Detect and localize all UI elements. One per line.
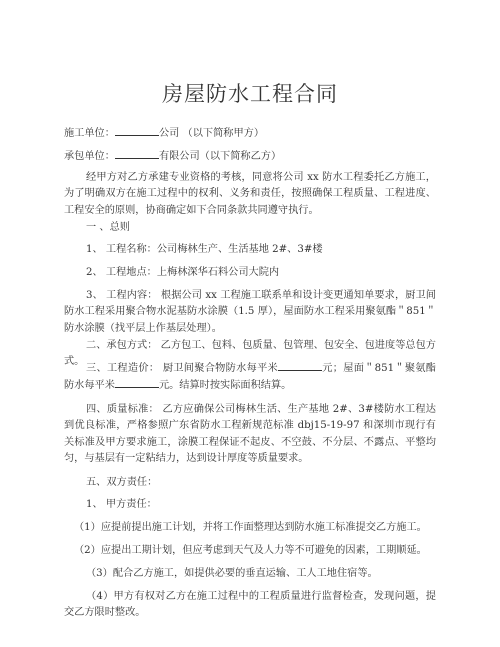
party-a-line: 施工单位：公司 （以下简称甲方）: [64, 125, 436, 142]
party-b-suffix: 有限公司（以下简称乙方）: [159, 151, 281, 162]
general-item-3: 3、 工程内容： 根据公司 xx 工程施工联系单和设计变更通知单要求，厨卫间防水…: [64, 288, 436, 337]
party-a-label: 施工单位：: [64, 128, 115, 139]
section-cost: 三、工程造价： 厨卫间聚合物防水每平米元；屋面＂851＂聚氨酯防水每平米元。结算…: [64, 360, 436, 395]
cost-part-3: 元。结算时按实际面积结算。: [159, 380, 291, 391]
party-b-blank: [115, 148, 159, 159]
cost-blank-1: [278, 360, 322, 371]
cost-blank-2: [115, 377, 159, 388]
party-a-suffix: 公司 （以下简称甲方）: [159, 128, 264, 139]
section-responsibilities-heading: 五、双方责任：: [64, 475, 436, 491]
intro-paragraph: 经甲方对乙方承建专业资格的考核，同意将公司 xx 防水工程委托乙方施工，为了明确…: [64, 170, 436, 219]
responsibility-item-4: （4）甲方有权对乙方在施工过程中的工程质量进行监督检查，发现问题，提交乙方限时整…: [64, 589, 436, 622]
section-quality: 四、质量标准： 乙方应确保公司梅林生活、生产基地 2#、3#楼防水工程达到优良标…: [64, 402, 436, 467]
document-page: 房屋防水工程合同 施工单位：公司 （以下简称甲方） 承包单位：有限公司（以下简称…: [0, 0, 500, 647]
general-item-1: 1、 工程名称：公司梅林生产、生活基地 2#、3#楼: [64, 242, 436, 258]
general-item-2: 2、 工程地点：上梅林深华石料公司大院内: [64, 265, 436, 281]
section-general-heading: 一 、总则: [64, 220, 436, 236]
party-b-line: 承包单位：有限公司（以下简称乙方）: [64, 148, 436, 165]
party-a-responsibility-heading: 1、 甲方责任：: [64, 497, 436, 513]
responsibility-item-2: （2）应提出工期计划，但应考虑到天气及人力等不可避免的因素，工期顺延。: [64, 543, 436, 559]
responsibility-item-3: （3）配合乙方施工，如提供必要的垂直运输、工人工地住宿等。: [64, 566, 436, 582]
document-title: 房屋防水工程合同: [0, 78, 500, 108]
party-a-blank: [115, 125, 159, 136]
cost-part-1: 三、工程造价： 厨卫间聚合物防水每平米: [86, 363, 278, 374]
party-b-label: 承包单位：: [64, 151, 115, 162]
responsibility-item-1: （1）应提前提出施工计划，并将工作面整理达到防水施工标准提交乙方施工。: [64, 520, 436, 536]
